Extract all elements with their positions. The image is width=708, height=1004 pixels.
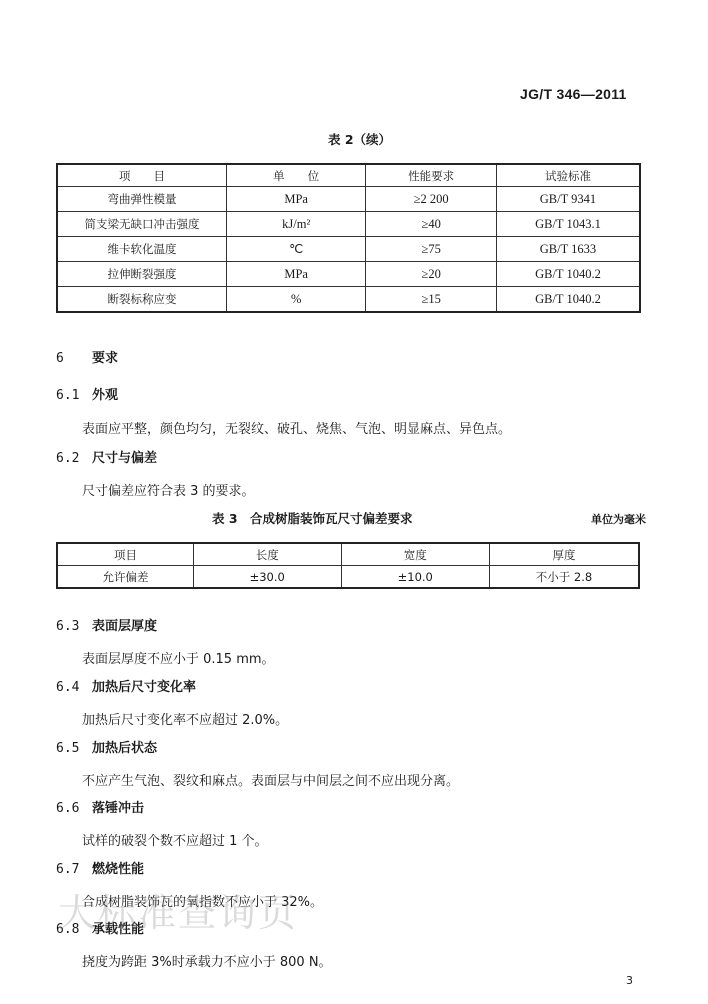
table-cell: 弯曲弹性模量 — [57, 187, 226, 212]
table-cell: GB/T 9341 — [496, 187, 640, 212]
page-number: 3 — [626, 974, 633, 987]
table-cell: ±30.0 — [193, 566, 341, 589]
section-title: 加热后尺寸变化率 — [92, 680, 196, 695]
table-cell: GB/T 1633 — [496, 237, 640, 262]
table2-header-row: 项 目 单 位 性能要求 试验标准 — [57, 164, 640, 187]
table2-header-cell: 试验标准 — [496, 164, 640, 187]
table-row: 断裂标称应变 % ≥15 GB/T 1040.2 — [57, 287, 640, 313]
section-title: 加热后状态 — [92, 741, 157, 756]
section-heading-6-6: 6.6落锤冲击 — [56, 797, 144, 816]
table3-header-row: 项目 长度 宽度 厚度 — [57, 543, 639, 566]
table-row: 允许偏差 ±30.0 ±10.0 不小于 2.8 — [57, 566, 639, 589]
section-heading-6-2: 6.2尺寸与偏差 — [56, 447, 157, 466]
section-heading-6-3: 6.3表面层厚度 — [56, 615, 157, 634]
section-heading-6-1: 6.1外观 — [56, 384, 118, 403]
section-number: 6.3 — [56, 619, 92, 634]
section-number: 6 — [56, 351, 92, 366]
table-cell: ≥40 — [366, 212, 497, 237]
table-cell: 简支梁无缺口冲击强度 — [57, 212, 226, 237]
section-title: 要求 — [92, 351, 118, 366]
section-heading-6-5: 6.5加热后状态 — [56, 737, 157, 756]
section-number: 6.4 — [56, 680, 92, 695]
table-cell: 维卡软化温度 — [57, 237, 226, 262]
table3: 项目 长度 宽度 厚度 允许偏差 ±30.0 ±10.0 不小于 2.8 — [56, 542, 640, 589]
section-text-6-5: 不应产生气泡、裂纹和麻点。表面层与中间层之间不应出现分离。 — [82, 770, 459, 789]
section-title: 落锤冲击 — [92, 801, 144, 816]
table3-caption: 表 3 合成树脂装饰瓦尺寸偏差要求 — [212, 509, 413, 527]
section-title: 燃烧性能 — [92, 862, 144, 877]
section-heading-6-4: 6.4加热后尺寸变化率 — [56, 676, 196, 695]
section-text-6-8: 挠度为跨距 3%时承载力不应小于 800 N。 — [82, 951, 332, 970]
section-heading-6-7: 6.7燃烧性能 — [56, 858, 144, 877]
table3-header-cell: 长度 — [193, 543, 341, 566]
table-cell: GB/T 1040.2 — [496, 287, 640, 313]
table-cell: 不小于 2.8 — [490, 566, 639, 589]
table2-header-cell: 项 目 — [57, 164, 226, 187]
section-heading-6: 6要求 — [56, 347, 118, 366]
section-text-6-4: 加热后尺寸变化率不应超过 2.0%。 — [82, 709, 288, 728]
table-row: 拉伸断裂强度 MPa ≥20 GB/T 1040.2 — [57, 262, 640, 287]
table-cell: ≥75 — [366, 237, 497, 262]
table3-header-cell: 厚度 — [490, 543, 639, 566]
table2: 项 目 单 位 性能要求 试验标准 弯曲弹性模量 MPa ≥2 200 GB/T… — [56, 163, 641, 313]
table-cell: 允许偏差 — [57, 566, 193, 589]
section-heading-6-8: 6.8承载性能 — [56, 918, 144, 937]
section-number: 6.8 — [56, 922, 92, 937]
table-cell: 拉伸断裂强度 — [57, 262, 226, 287]
section-text-6-6: 试样的破裂个数不应超过 1 个。 — [82, 830, 268, 849]
section-title: 表面层厚度 — [92, 619, 157, 634]
table3-header-cell: 宽度 — [341, 543, 490, 566]
section-text-6-1: 表面应平整，颜色均匀，无裂纹、破孔、烧焦、气泡、明显麻点、异色点。 — [82, 418, 511, 437]
table-cell: kJ/m² — [226, 212, 366, 237]
table3-unit-note: 单位为毫米 — [591, 511, 646, 527]
table-row: 弯曲弹性模量 MPa ≥2 200 GB/T 9341 — [57, 187, 640, 212]
table-cell: MPa — [226, 262, 366, 287]
table2-caption: 表 2（续） — [328, 130, 391, 148]
table-cell: GB/T 1043.1 — [496, 212, 640, 237]
table-cell: 断裂标称应变 — [57, 287, 226, 313]
section-number: 6.5 — [56, 741, 92, 756]
table2-header-cell: 单 位 — [226, 164, 366, 187]
table-row: 维卡软化温度 ℃ ≥75 GB/T 1633 — [57, 237, 640, 262]
section-number: 6.7 — [56, 862, 92, 877]
section-number: 6.2 — [56, 451, 92, 466]
section-number: 6.6 — [56, 801, 92, 816]
section-title: 尺寸与偏差 — [92, 451, 157, 466]
section-title: 外观 — [92, 388, 118, 403]
table-cell: ≥2 200 — [366, 187, 497, 212]
section-number: 6.1 — [56, 388, 92, 403]
section-title: 承载性能 — [92, 922, 144, 937]
table-cell: % — [226, 287, 366, 313]
table-cell: ≥20 — [366, 262, 497, 287]
table2-header-cell: 性能要求 — [366, 164, 497, 187]
table-cell: MPa — [226, 187, 366, 212]
table-cell: ±10.0 — [341, 566, 490, 589]
section-text-6-2: 尺寸偏差应符合表 3 的要求。 — [82, 480, 255, 499]
table3-header-cell: 项目 — [57, 543, 193, 566]
table-row: 简支梁无缺口冲击强度 kJ/m² ≥40 GB/T 1043.1 — [57, 212, 640, 237]
table-cell: ℃ — [226, 237, 366, 262]
section-text-6-7: 合成树脂装饰瓦的氧指数不应小于 32%。 — [82, 891, 323, 910]
section-text-6-3: 表面层厚度不应小于 0.15 mm。 — [82, 648, 275, 667]
table-cell: GB/T 1040.2 — [496, 262, 640, 287]
document-number: JG/T 346—2011 — [520, 86, 627, 102]
table-cell: ≥15 — [366, 287, 497, 313]
